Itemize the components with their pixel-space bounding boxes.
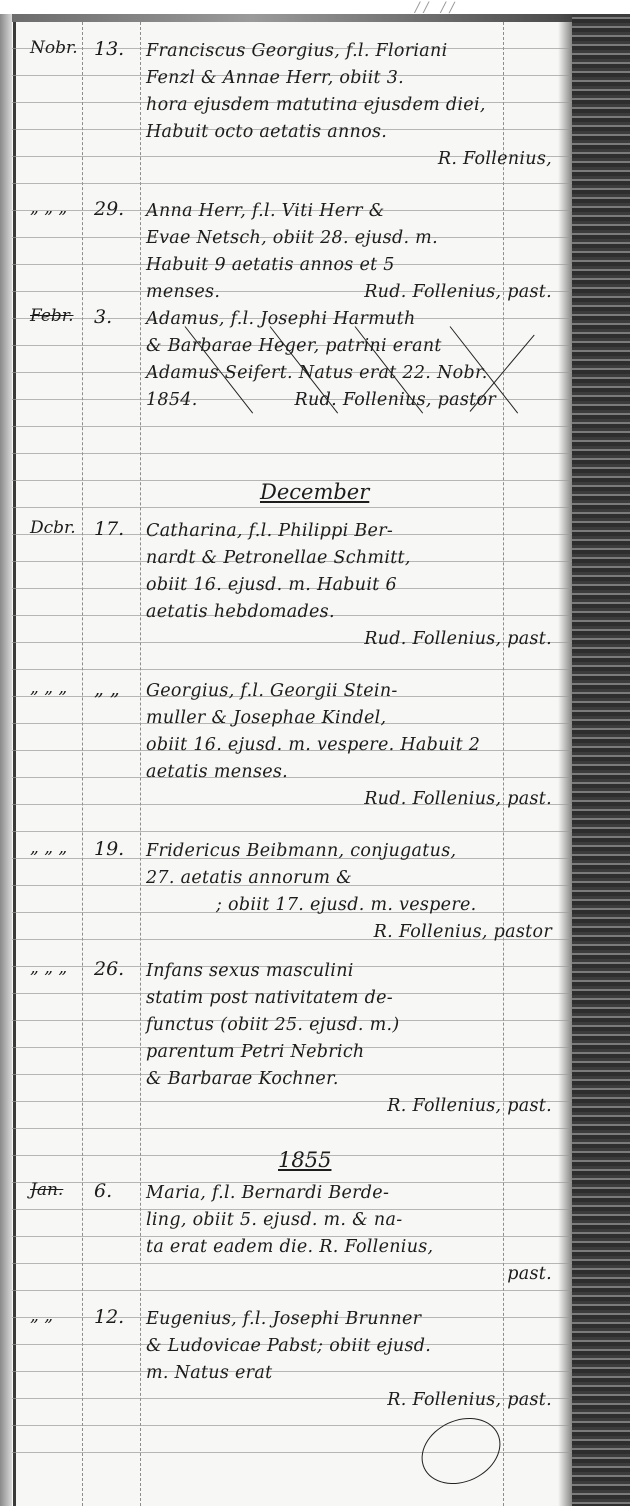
entry-line: ling, obiit 5. ejusd. m. & na- <box>146 1207 566 1234</box>
entry-signature: R. Follenius, <box>146 146 566 173</box>
entry-month: Nobr. <box>30 38 78 58</box>
entry-text: Infans sexus masculini statim post nativ… <box>146 958 566 1120</box>
entry-line: hora ejusdem matutina ejusdem diei, <box>146 92 566 119</box>
entry-line: aetatis hebdomades. <box>146 599 566 626</box>
entry-day: 29. <box>94 198 124 220</box>
top-pencil-marks: // /∕ <box>415 0 458 16</box>
entry-signature: R. Follenius, pastor <box>146 919 566 946</box>
entry-day: 13. <box>94 38 124 60</box>
entry-text: Franciscus Georgius, f.l. Floriani Fenzl… <box>146 38 566 173</box>
entry-line: nardt & Petronellae Schmitt, <box>146 545 566 572</box>
entry-line: Infans sexus masculini <box>146 958 566 985</box>
entry-line: Maria, f.l. Bernardi Berde- <box>146 1180 566 1207</box>
entry-line: Fenzl & Annae Herr, obiit 3. <box>146 65 566 92</box>
entry-line: obiit 16. ejusd. m. vespere. Habuit 2 <box>146 732 566 759</box>
entry-month: „ „ „ <box>30 838 67 858</box>
entry-line: 1854. <box>146 387 198 414</box>
ruled-line <box>12 426 572 427</box>
entry-line: muller & Josephae Kindel, <box>146 705 566 732</box>
entry-line: Fridericus Beibmann, conjugatus, <box>146 838 566 865</box>
ruled-line <box>12 669 572 670</box>
entry-month: „ „ „ <box>30 958 67 978</box>
entry-line: ; obiit 17. ejusd. m. vespere. <box>146 892 566 919</box>
entry-day: 17. <box>94 518 124 540</box>
entry-line: 27. aetatis annorum & <box>146 865 566 892</box>
entry-month: Febr. <box>30 306 73 326</box>
entry-line: & Ludovicae Pabst; obiit ejusd. <box>146 1333 566 1360</box>
margin-rule <box>13 22 16 1506</box>
entry-text: Maria, f.l. Bernardi Berde- ling, obiit … <box>146 1180 566 1288</box>
entry-line: functus (obiit 25. ejusd. m.) <box>146 1012 566 1039</box>
entry-text: Eugenius, f.l. Josephi Brunner & Ludovic… <box>146 1306 566 1414</box>
ruled-line <box>12 453 572 454</box>
entry-line: Habuit octo aetatis annos. <box>146 119 566 146</box>
ruled-line <box>12 1128 572 1129</box>
entry-month: „ „ „ <box>30 678 67 698</box>
entry-line-with-signature: menses. Rud. Follenius, past. <box>146 279 566 306</box>
entry-line: Evae Netsch, obiit 28. ejusd. m. <box>146 225 566 252</box>
left-page-edge <box>0 14 12 1506</box>
entry-text: Fridericus Beibmann, conjugatus, 27. aet… <box>146 838 566 946</box>
entry-line: Adamus Seifert. Natus erat 22. Nobr. <box>146 360 566 387</box>
ruled-line <box>12 183 572 184</box>
entry-line: Catharina, f.l. Philippi Ber- <box>146 518 566 545</box>
entry-day: 6. <box>94 1180 112 1202</box>
entry-line: & Barbarae Kochner. <box>146 1066 566 1093</box>
entry-line: parentum Petri Nebrich <box>146 1039 566 1066</box>
entry-day: 19. <box>94 838 124 860</box>
entry-line: ta erat eadem die. R. Follenius, <box>146 1234 566 1261</box>
entry-month: „ „ „ <box>30 198 67 218</box>
year-heading: 1855 <box>278 1148 331 1172</box>
day-column-rule <box>140 22 141 1506</box>
entry-text: Adamus, f.l. Josephi Harmuth & Barbarae … <box>146 306 566 414</box>
entry-day: 26. <box>94 958 124 980</box>
entry-text: Catharina, f.l. Philippi Ber- nardt & Pe… <box>146 518 566 653</box>
page-top-edge <box>0 14 630 22</box>
entry-signature: Rud. Follenius, past. <box>146 786 566 813</box>
entry-line: menses. <box>146 279 220 306</box>
entry-signature: Rud. Follenius, past. <box>364 279 552 306</box>
entry-line: Anna Herr, f.l. Viti Herr & <box>146 198 566 225</box>
entry-signature: R. Follenius, past. <box>146 1093 566 1120</box>
entry-month: Dcbr. <box>30 518 76 538</box>
ruled-line <box>12 1290 572 1291</box>
entry-month: Jan. <box>30 1180 63 1200</box>
entry-line: Eugenius, f.l. Josephi Brunner <box>146 1306 566 1333</box>
month-column-rule <box>82 22 83 1506</box>
entry-day: 3. <box>94 306 112 328</box>
entry-day: 12. <box>94 1306 124 1328</box>
entry-line: Georgius, f.l. Georgii Stein- <box>146 678 566 705</box>
entry-line: statim post nativitatem de- <box>146 985 566 1012</box>
entry-signature: Rud. Follenius, past. <box>146 626 566 653</box>
entry-signature: past. <box>146 1261 566 1288</box>
entry-signature: R. Follenius, past. <box>146 1387 566 1414</box>
entry-line: Habuit 9 aetatis annos et 5 <box>146 252 566 279</box>
entry-line-with-signature: 1854. Rud. Follenius, pastor <box>146 387 566 414</box>
ruled-line <box>12 507 572 508</box>
entry-month: „ „ <box>30 1306 53 1326</box>
entry-signature: Rud. Follenius, pastor <box>295 387 496 414</box>
entry-line: m. Natus erat <box>146 1360 566 1387</box>
entry-text: Anna Herr, f.l. Viti Herr & Evae Netsch,… <box>146 198 566 306</box>
ruled-line <box>12 831 572 832</box>
book-binding-edge <box>572 14 630 1506</box>
entry-line: Franciscus Georgius, f.l. Floriani <box>146 38 566 65</box>
entry-line: obiit 16. ejusd. m. Habuit 6 <box>146 572 566 599</box>
section-heading-december: December <box>260 480 369 504</box>
entry-text: Georgius, f.l. Georgii Stein- muller & J… <box>146 678 566 813</box>
entry-line: aetatis menses. <box>146 759 566 786</box>
entry-day: „ „ <box>94 678 120 700</box>
